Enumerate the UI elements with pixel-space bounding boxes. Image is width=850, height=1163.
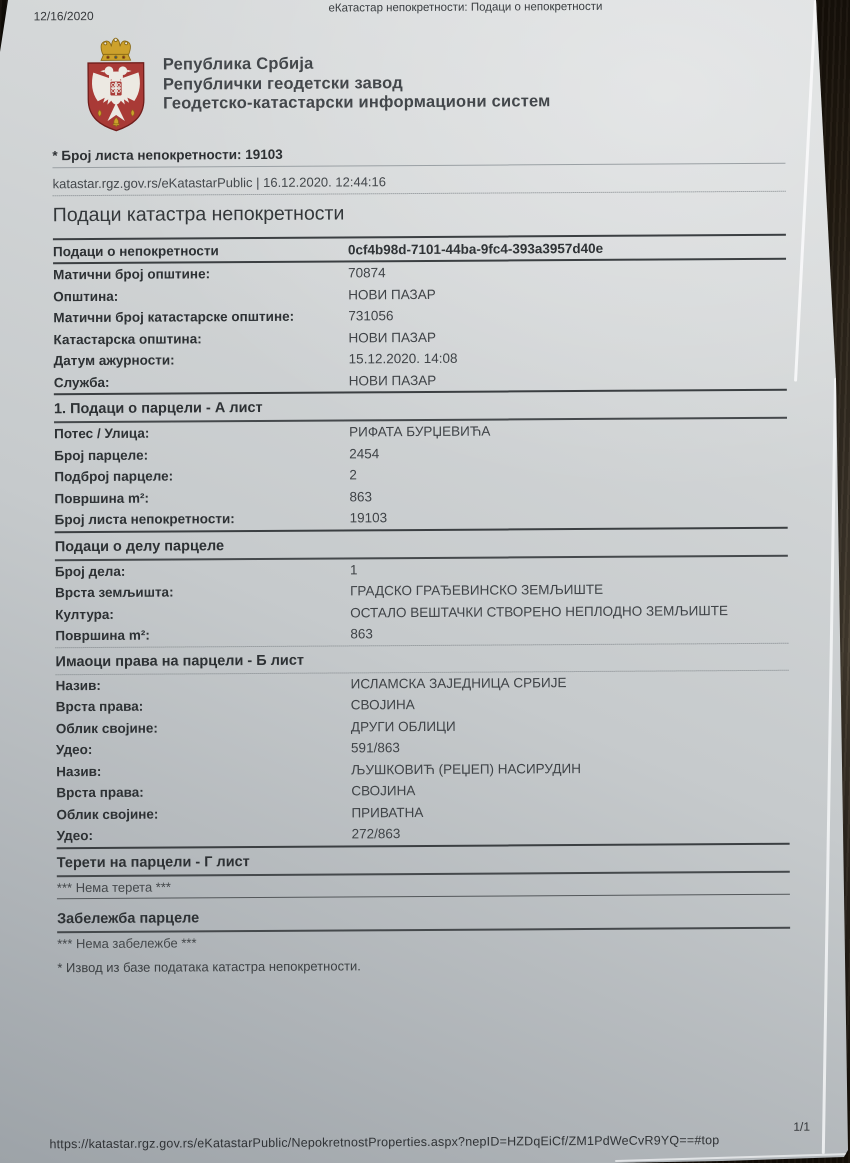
field-value: СВОЈИНА — [351, 695, 789, 713]
field-value: ЉУШКОВИЋ (РЕЏЕП) НАСИРУДИН — [351, 759, 789, 777]
field-label: Облик својине: — [56, 805, 351, 822]
print-footer-page-number: 1/1 — [793, 1120, 810, 1134]
property-uuid: 0cf4b98d-7101-44ba-9fc4-393a3957d40e — [348, 239, 786, 257]
field-label: Датум ажурности: — [54, 352, 349, 369]
extract-footnote: * Извод из базе података катастра непокр… — [57, 955, 790, 974]
field-value: НОВИ ПАЗАР — [348, 285, 786, 303]
field-label: Врста права: — [56, 784, 351, 801]
field-label: Подаци о непокретности — [53, 242, 348, 259]
field-value: 863 — [350, 624, 788, 642]
masthead-line-country: Република Србија — [163, 53, 551, 75]
field-value: 591/863 — [351, 738, 789, 756]
field-value: РИФАТА БУРЏЕВИЋА — [349, 422, 787, 440]
field-value: 2454 — [349, 444, 787, 462]
page-title: Подаци катастра непокретности — [53, 199, 786, 227]
printed-content: 12/16/2020 еКатастар непокретности: Пода… — [0, 0, 850, 1163]
field-value: 863 — [349, 487, 787, 505]
field-label: Врста права: — [56, 698, 351, 715]
masthead-line-system: Геодетско-катастарски информациони систе… — [163, 92, 551, 114]
field-value: НОВИ ПАЗАР — [349, 371, 787, 389]
field-value: ИСЛАМСКА ЗАЈЕДНИЦА СРБИЈЕ — [351, 674, 789, 692]
field-label: Потес / Улица: — [54, 425, 349, 442]
print-header-date: 12/16/2020 — [34, 9, 94, 23]
field-label: Култура: — [55, 605, 350, 622]
field-value: СВОЈИНА — [351, 781, 789, 799]
field-label: Удео: — [56, 741, 351, 758]
field-label: Површина m²: — [55, 627, 350, 644]
field-label: Матични број катастарске општине: — [53, 309, 348, 326]
field-value: 272/863 — [352, 824, 790, 842]
field-label: Служба: — [54, 373, 349, 390]
field-label: Општина: — [53, 287, 348, 304]
print-header-title: еКатастар непокретности: Подаци о непокр… — [328, 1, 602, 15]
field-label: Удео: — [57, 827, 352, 844]
field-label: Број листа непокретности: — [55, 511, 350, 528]
field-value: 70874 — [348, 263, 786, 281]
document-body: * Број листа непокретности: 19103 katast… — [52, 144, 790, 975]
field-label: Подброј парцеле: — [54, 468, 349, 485]
no-annotations-note: *** Нема забележбе *** — [57, 929, 790, 955]
field-value: НОВИ ПАЗАР — [348, 328, 786, 346]
field-value: 1 — [350, 560, 788, 578]
field-value: ОСТАЛО ВЕШТАЧКИ СТВОРЕНО НЕПЛОДНО ЗЕМЉИШ… — [350, 603, 788, 621]
agency-masthead: Република Србија Републички геодетски за… — [163, 53, 551, 114]
field-value: 15.12.2020. 14:08 — [349, 349, 787, 367]
field-label: Облик својине: — [56, 719, 351, 736]
field-label: Број парцеле: — [54, 446, 349, 463]
field-label: Назив: — [56, 676, 351, 693]
photographed-page: 12/16/2020 еКатастар непокретности: Пода… — [0, 0, 850, 1163]
masthead-line-agency: Републички геодетски завод — [163, 73, 551, 95]
field-label: Катастарска општина: — [53, 330, 348, 347]
paper-sheet: 12/16/2020 еКатастар непокретности: Пода… — [0, 0, 850, 1163]
field-label: Матични број општине: — [53, 266, 348, 283]
field-label: Површина m²: — [54, 489, 349, 506]
field-value: ГРАДСКО ГРАЂЕВИНСКО ЗЕМЉИШТЕ — [350, 581, 788, 599]
field-label: Број дела: — [55, 562, 350, 579]
field-value: 19103 — [350, 508, 788, 526]
field-label: Назив: — [56, 762, 351, 779]
field-label: Врста земљишта: — [55, 584, 350, 601]
field-value: 2 — [349, 465, 787, 483]
field-value: 731056 — [348, 306, 786, 324]
print-footer-url: https://katastar.rgz.gov.rs/eKatastarPub… — [49, 1133, 719, 1151]
field-value: ПРИВАТНА — [351, 802, 789, 820]
field-value: ДРУГИ ОБЛИЦИ — [351, 716, 789, 734]
serbian-coat-of-arms-icon — [75, 37, 158, 136]
